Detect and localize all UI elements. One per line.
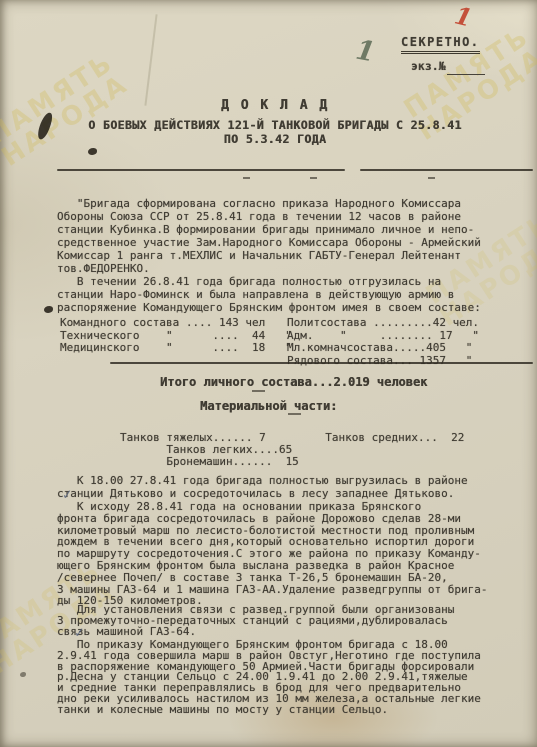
pen-tick: [310, 177, 317, 179]
report-subtitle-line2: ПО 5.3.42 ГОДА: [57, 133, 493, 146]
paragraph-order: По приказу Командующего Брянским фронтом…: [57, 640, 481, 716]
copy-number-blank-line: [447, 74, 485, 75]
pen-underline: [252, 390, 265, 392]
personnel-table-left: Командного состава .... 143 чел Техничес…: [60, 317, 292, 355]
handwritten-page-number-red: 1: [452, 0, 475, 32]
paragraph-departure: В течении 26.8.41 года бригада полностью…: [57, 275, 481, 314]
divider-line: [110, 362, 533, 364]
paragraph-unloading: К 18.00 27.8.41 года бригада полностью в…: [57, 474, 468, 500]
document-page: ПАМЯТЬ НАРОДА ПАМЯТЬ НАРОДА ПАМЯТЬ НАРОД…: [0, 0, 537, 747]
pen-tick: [243, 177, 250, 179]
report-title: Д О К Л А Д: [57, 98, 493, 113]
ink-stain: [20, 672, 26, 677]
report-title-block: Д О К Л А Д О БОЕВЫХ ДЕЙСТВИЯХ 121-Й ТАН…: [57, 98, 493, 146]
report-subtitle-line1: О БОЕВЫХ ДЕЙСТВИЯХ 121-Й ТАНКОВОЙ БРИГАД…: [57, 119, 493, 132]
secret-stamp: СЕКРЕТНО.: [401, 36, 480, 54]
pen-underline: [288, 413, 301, 415]
divider-line: [57, 169, 345, 171]
ink-stain: [36, 111, 54, 141]
copy-number-label: экз.№: [411, 60, 446, 73]
personnel-table-right: Политсостава .........42 чел. Адм. " ...…: [287, 317, 479, 367]
materiel-list: Танков тяжелых...... 7 Танков средних...…: [120, 432, 464, 467]
ink-stain: [44, 306, 53, 313]
ink-stain: [88, 148, 97, 155]
paragraph-formation: "Бригада сформирована согласно приказа Н…: [57, 197, 481, 275]
paragraph-march: К исходу 28.8.41 года на основании прика…: [57, 501, 487, 607]
total-personnel-line: Итого личного состава...2.019 человек: [160, 375, 427, 389]
materiel-heading: Материальной части:: [200, 399, 337, 413]
paper-crease: [144, 14, 157, 106]
paragraph-communications: Для установления связи с развед.группой …: [57, 605, 454, 637]
divider-line: [360, 169, 533, 171]
handwritten-page-number-pencil: 1: [353, 35, 377, 69]
pen-tick: [428, 177, 435, 179]
